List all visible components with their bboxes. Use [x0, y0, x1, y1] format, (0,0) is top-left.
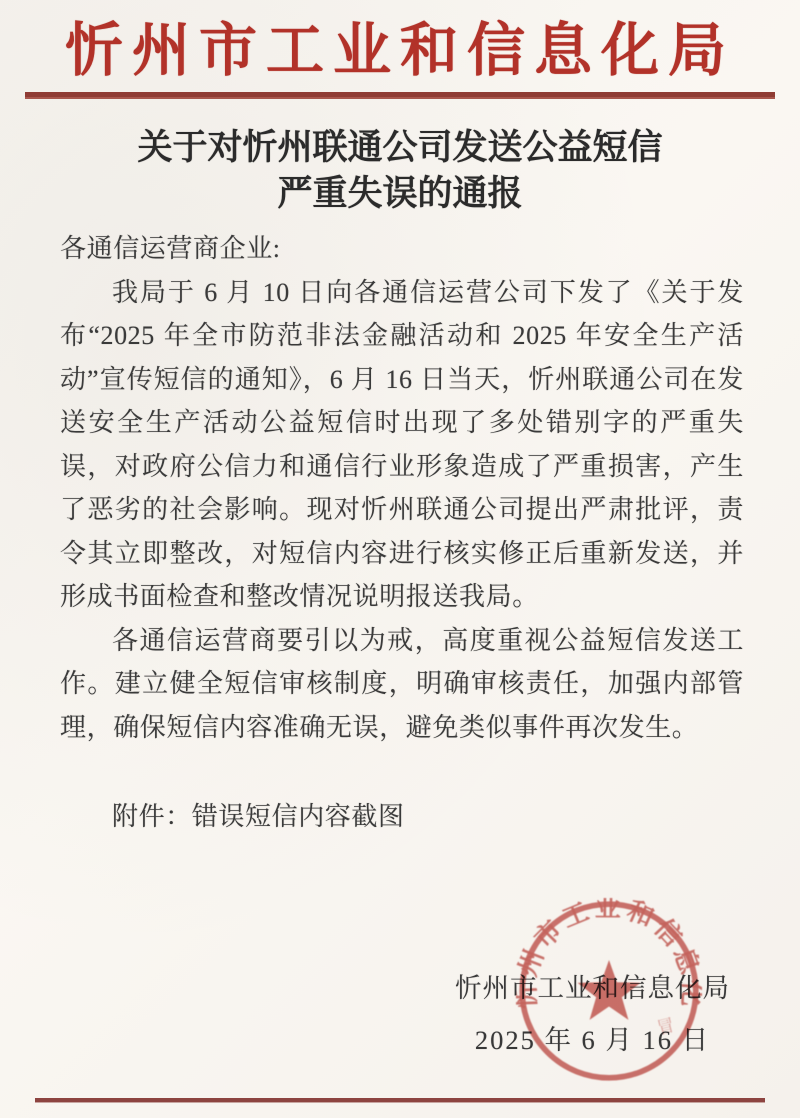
signature-date: 2025 年 6 月 16 日: [455, 1018, 730, 1057]
signature-block: 忻州市工业和信息化局 2025 年 6 月 16 日: [455, 966, 730, 1057]
document-title-line2: 严重失误的通报: [0, 171, 800, 217]
document-body: 各通信运营商企业: 我局于 6 月 10 日向各通信运营公司下发了《关于发布“2…: [60, 227, 744, 839]
body-paragraph-1: 我局于 6 月 10 日向各通信运营公司下发了《关于发布“2025 年全市防范非…: [60, 271, 744, 619]
salutation: 各通信运营商企业:: [60, 227, 744, 271]
attachment-line: 附件：错误短信内容截图: [60, 795, 744, 839]
document-title: 关于对忻州联通公司发送公益短信 严重失误的通报: [0, 125, 800, 217]
document-title-line1: 关于对忻州联通公司发送公益短信: [0, 125, 800, 171]
body-paragraph-2: 各通信运营商要引以为戒，高度重视公益短信发送工作。建立健全短信审核制度，明确审核…: [60, 619, 744, 750]
letterhead-divider-line: [25, 92, 775, 99]
signature-agency-name: 忻州市工业和信息化局: [455, 966, 730, 1005]
letterhead-agency-name: 忻州市工业和信息化局: [0, 0, 800, 90]
official-notice-document: 忻州市工业和信息化局 关于对忻州联通公司发送公益短信 严重失误的通报 各通信运营…: [0, 0, 800, 1118]
footer-divider-line: [35, 1098, 765, 1102]
